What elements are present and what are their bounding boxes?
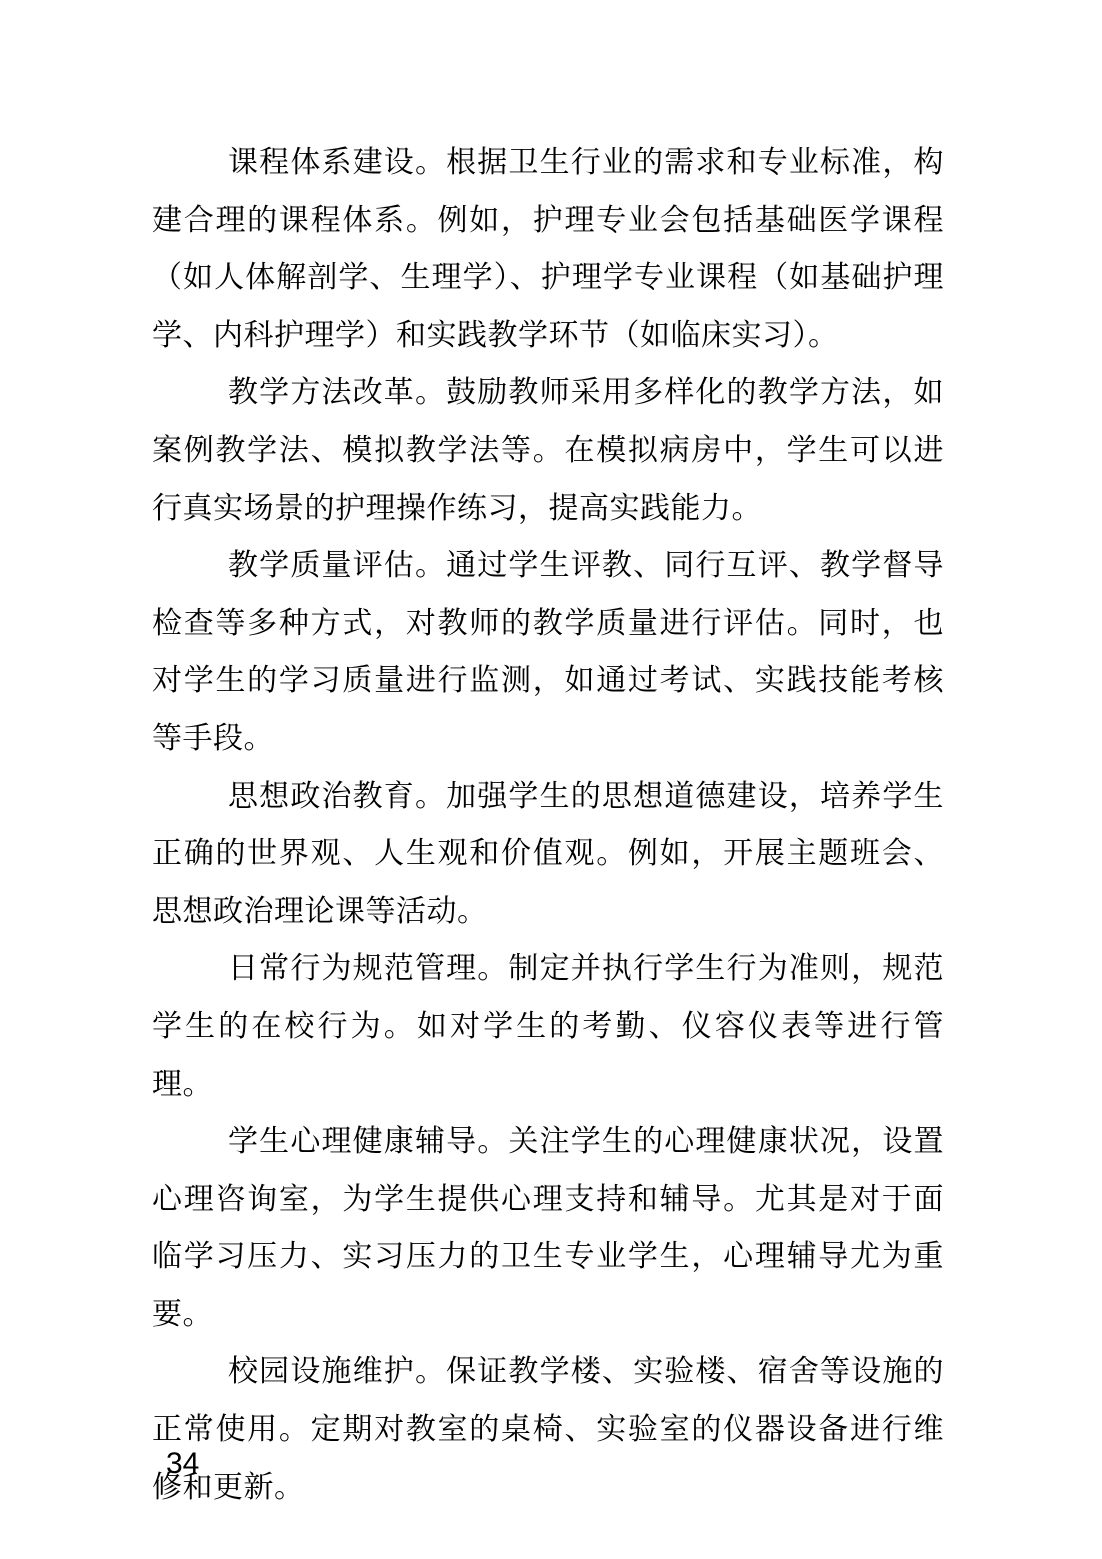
paragraph-daily-behavior-management: 日常行为规范管理。制定并执行学生行为准则，规范学生的在校行为。如对学生的考勤、仪… [152, 940, 944, 1113]
paragraph-teaching-method-reform: 教学方法改革。鼓励教师采用多样化的教学方法，如案例教学法、模拟教学法等。在模拟病… [152, 364, 944, 537]
paragraph-campus-facility-maintenance: 校园设施维护。保证教学楼、实验楼、宿舍等设施的正常使用。定期对教室的桌椅、实验室… [152, 1343, 944, 1516]
paragraph-ideological-political-education: 思想政治教育。加强学生的思想道德建设，培养学生正确的世界观、人生观和价值观。例如… [152, 768, 944, 941]
document-body: 课程体系建设。根据卫生行业的需求和专业标准，构建合理的课程体系。例如，护理专业会… [152, 134, 944, 1516]
paragraph-curriculum-system: 课程体系建设。根据卫生行业的需求和专业标准，构建合理的课程体系。例如，护理专业会… [152, 134, 944, 364]
paragraph-teaching-quality-evaluation: 教学质量评估。通过学生评教、同行互评、教学督导检查等多种方式，对教师的教学质量进… [152, 537, 944, 767]
document-page: 课程体系建设。根据卫生行业的需求和专业标准，构建合理的课程体系。例如，护理专业会… [0, 0, 1102, 1559]
page-number: 34 [166, 1448, 199, 1480]
paragraph-mental-health-counseling: 学生心理健康辅导。关注学生的心理健康状况，设置心理咨询室，为学生提供心理支持和辅… [152, 1113, 944, 1343]
